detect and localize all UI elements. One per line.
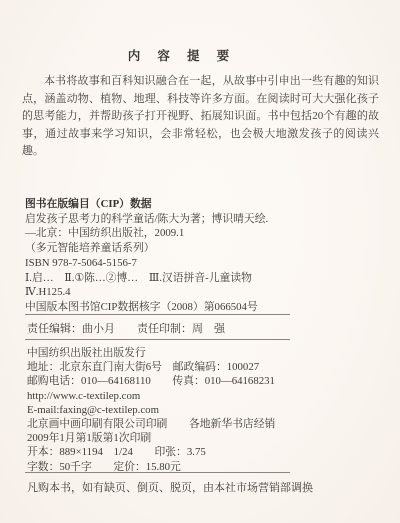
email-line: E-mail:faxing@c-textilep.com: [27, 403, 377, 417]
cip-section: 图书在版编目（CIP）数据 启发孩子思考力的科学童话/陈大为著；博识晴天绘. —…: [25, 197, 375, 315]
format-sheets-line: 开本：889×1194 1/24 印张：3.75: [27, 445, 377, 459]
cip-publisher-line: —北京：中国纺织出版社，2009.1: [25, 226, 375, 241]
divider-bottom: [25, 472, 290, 473]
return-notice: 凡购本书，如有缺页、倒页、脱页，由本社市场营销部调换: [27, 479, 313, 495]
cip-series-line: （多元智能培养童话系列）: [25, 241, 375, 256]
summary-paragraph: 本书将故事和百科知识融合在一起，从故事中引申出一些有趣的知识点，涵盖动物、植物、…: [22, 73, 379, 161]
website-line: http://www.c-textilep.com: [27, 389, 377, 403]
divider-middle: [25, 339, 290, 340]
cip-title-line: 启发孩子思考力的科学童话/陈大为著；博识晴天绘.: [25, 212, 375, 227]
edition-line: 2009年1月第1版第1次印刷: [27, 431, 377, 445]
cip-classification-line: Ⅰ.启… Ⅱ.①陈…②博… Ⅲ.汉语拼音-儿童读物: [25, 271, 375, 286]
cip-isbn-line: ISBN 978-7-5064-5156-7: [25, 256, 375, 271]
printer-distributor-line: 北京画中画印刷有限公司印刷 各地新华书店经销: [27, 417, 377, 431]
divider-top: [25, 314, 290, 315]
cip-heading: 图书在版编目（CIP）数据: [25, 197, 375, 212]
address-line: 地址：北京东直门南大街6号 邮政编码：100027: [27, 360, 377, 374]
summary-title: 内 容 提 要: [0, 46, 364, 64]
cip-record-number-line: 中国版本图书馆CIP数据核字（2008）第066504号: [25, 300, 375, 315]
cip-class-number-line: Ⅳ.H125.4: [25, 285, 375, 300]
staff-credits: 责任编辑：曲小月 责任印制：周 强: [27, 320, 225, 336]
publisher-line: 中国纺织出版社出版发行: [27, 346, 377, 360]
publication-info: 中国纺织出版社出版发行 地址：北京东直门南大街6号 邮政编码：100027 邮购…: [27, 346, 377, 474]
phone-fax-line: 邮购电话：010—64168110 传真：010—64168231: [27, 374, 377, 388]
copyright-page: 内 容 提 要 本书将故事和百科知识融合在一起，从故事中引申出一些有趣的知识点，…: [0, 0, 400, 523]
